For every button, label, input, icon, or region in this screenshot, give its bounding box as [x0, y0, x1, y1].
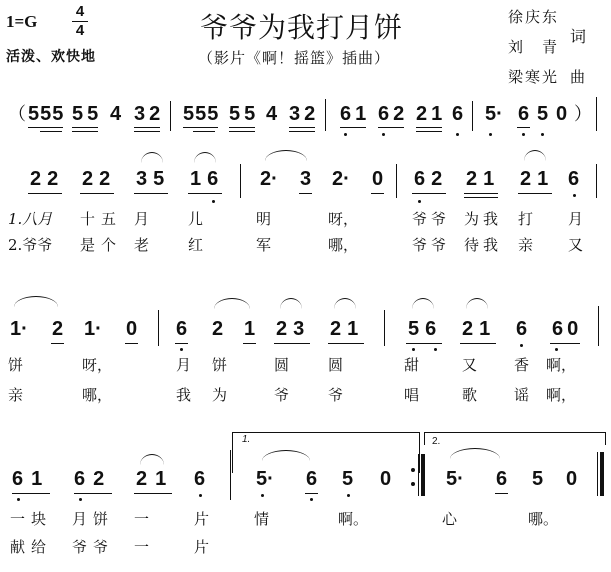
lyric: 明: [256, 208, 271, 229]
low-octave-dot: [79, 498, 82, 501]
underline: [134, 493, 172, 494]
underline: [495, 493, 508, 494]
underline: [125, 343, 138, 344]
note: 6: [516, 318, 527, 340]
lyric: 圆: [328, 354, 343, 375]
low-octave-dot: [573, 194, 576, 197]
lyric: 爷爷: [412, 234, 450, 255]
lyric: 是个: [80, 234, 122, 255]
lyric: 1.八月: [8, 208, 52, 229]
bar-line: [158, 310, 159, 346]
close-paren: ）: [574, 100, 592, 126]
note: 21: [416, 103, 446, 125]
bar-line: [396, 164, 397, 198]
low-octave-dot: [489, 133, 492, 136]
underline: [51, 343, 64, 344]
lyric: 老: [134, 234, 149, 255]
note: 22: [30, 168, 64, 190]
note: 555: [183, 103, 219, 125]
note: 21: [520, 168, 554, 190]
underline: [74, 493, 112, 494]
bar-line: [596, 164, 597, 198]
open-paren: （: [8, 100, 26, 126]
lyric: 为: [212, 384, 227, 405]
note: 0: [566, 468, 577, 490]
lyric: 打: [518, 208, 533, 229]
lyric: 爷: [274, 384, 289, 405]
underline: [134, 131, 160, 132]
slur: [14, 296, 58, 307]
bar-line: [598, 306, 599, 346]
lyric: 啊。: [338, 508, 368, 529]
lyric: 歌: [462, 384, 477, 405]
lyric: 爷: [328, 384, 343, 405]
note: 1·: [10, 318, 28, 340]
repeat-bar-thick: [421, 454, 425, 496]
underline: [289, 131, 315, 132]
note: 21: [136, 468, 174, 490]
lyric: 待我: [464, 234, 502, 255]
time-signature-bottom: 4: [72, 23, 88, 39]
note: 62: [378, 103, 408, 125]
note: 0: [372, 168, 383, 190]
repeat-bar-thin: [418, 454, 419, 496]
low-octave-dot: [347, 494, 350, 497]
lyric: 饼: [212, 354, 227, 375]
note: 21: [466, 168, 500, 190]
bar-line: [596, 97, 597, 131]
lyric: 2.爷爷: [8, 234, 52, 255]
underline: [193, 131, 215, 132]
lyric: 献给: [10, 536, 52, 557]
lyric: 情: [254, 508, 269, 529]
note: 60: [552, 318, 582, 340]
lyric: 又: [462, 354, 477, 375]
lyric: 又: [568, 234, 583, 255]
lyric: 一: [134, 508, 149, 529]
time-signature: 4 4: [72, 4, 88, 39]
note: 3: [300, 168, 311, 190]
bar-line: [325, 99, 326, 131]
note: 0: [556, 103, 567, 125]
lyric: 军: [256, 234, 271, 255]
intro-staff: （ 555 55 4 32 555 55 4 32 61 62 21 6 5· …: [0, 95, 611, 155]
low-octave-dot: [199, 494, 202, 497]
bar-line: [240, 164, 241, 198]
lyric: 月: [568, 208, 583, 229]
underline: [340, 127, 366, 128]
underline: [416, 131, 442, 132]
note: 62: [414, 168, 448, 190]
note: 2·: [332, 168, 350, 190]
slur: [466, 298, 488, 309]
underline: [28, 127, 63, 128]
underline: [80, 193, 114, 194]
note: 35: [136, 168, 170, 190]
slur: [140, 454, 164, 465]
volta-label-2: 2.: [432, 436, 440, 447]
lyric: 哪，: [82, 384, 112, 405]
low-octave-dot: [382, 133, 385, 136]
underline: [406, 343, 442, 344]
note: 55: [229, 103, 259, 125]
note: 555: [28, 103, 64, 125]
underline: [371, 193, 384, 194]
underline: [134, 127, 160, 128]
slur: [141, 152, 163, 163]
underline: [183, 127, 218, 128]
lyric: 啊，: [546, 354, 576, 375]
lyric: 月: [176, 354, 191, 375]
underline: [188, 193, 222, 194]
note: 6: [194, 468, 205, 490]
song-title: 爷爷为我打月饼: [200, 6, 403, 46]
note: 5·: [485, 103, 503, 125]
low-octave-dot: [17, 498, 20, 501]
lyric: 爷爷: [72, 536, 114, 557]
note: 2: [52, 318, 63, 340]
lyric: 呀，: [328, 208, 358, 229]
slur: [265, 150, 307, 161]
lyric: 饼: [8, 354, 23, 375]
lyric: 我: [176, 384, 191, 405]
lyric: 亲: [518, 234, 533, 255]
low-octave-dot: [434, 348, 437, 351]
underline: [464, 193, 498, 194]
lyric: 啊，: [546, 384, 576, 405]
slur: [194, 152, 216, 163]
bar-line: [230, 450, 231, 500]
underline: [229, 127, 255, 128]
note: 0: [380, 468, 391, 490]
note: 5·: [446, 468, 464, 490]
low-octave-dot: [522, 133, 525, 136]
low-octave-dot: [261, 494, 264, 497]
underline: [412, 193, 446, 194]
note: 6: [452, 103, 463, 125]
note: 56: [408, 318, 442, 340]
low-octave-dot: [180, 348, 183, 351]
low-octave-dot: [212, 200, 215, 203]
low-octave-dot: [412, 348, 415, 351]
lyric: 月: [134, 208, 149, 229]
song-subtitle: （影片《啊！摇篮》插曲）: [198, 47, 390, 68]
underline: [550, 343, 580, 344]
underline: [72, 127, 98, 128]
lyric: 哪，: [328, 234, 358, 255]
repeat-dot: [411, 468, 415, 472]
repeat-dot: [411, 482, 415, 486]
low-octave-dot: [344, 133, 347, 136]
lyric-role: 词: [570, 24, 588, 47]
lyric: 亲: [8, 384, 23, 405]
note: 62: [74, 468, 112, 490]
volta-label-1: 1.: [242, 434, 250, 445]
underline: [274, 343, 310, 344]
underline: [299, 193, 312, 194]
underline: [464, 197, 498, 198]
note: 5: [537, 103, 548, 125]
underline: [328, 343, 364, 344]
low-octave-dot: [520, 344, 523, 347]
low-octave-dot: [555, 348, 558, 351]
note: 5: [532, 468, 543, 490]
lyric: 一: [134, 536, 149, 557]
lyric: 月饼: [72, 508, 114, 529]
low-octave-dot: [418, 200, 421, 203]
staff-line-3: 1. 2. 61 62 21 6 5· 6 5 0 5· 6 5 0 一块 月饼…: [0, 426, 611, 572]
lyric: 哪。: [528, 508, 558, 529]
composer-role: 曲: [570, 66, 587, 87]
lyricist-1: 徐庆东: [508, 6, 559, 27]
lyric: 谣: [514, 384, 529, 405]
note: 4: [266, 103, 277, 125]
lyric: 圆: [274, 354, 289, 375]
lyricist-2: 刘 青: [508, 36, 559, 57]
low-octave-dot: [456, 133, 459, 136]
note: 16: [190, 168, 224, 190]
staff-line-2: 1· 2 1· 0 6 2 1 23 21 56 21 6 60 饼 呀， 月 …: [0, 292, 611, 412]
slur: [524, 150, 546, 161]
note: 5: [342, 468, 353, 490]
low-octave-dot: [541, 133, 544, 136]
composer-name: 梁寒光: [508, 66, 559, 87]
low-octave-dot: [310, 498, 313, 501]
lyric: 红: [188, 234, 203, 255]
time-signature-top: 4: [72, 4, 88, 20]
underline: [305, 493, 318, 494]
staff-line-1: 22 22 35 16 2· 3 2· 0 62 21 21 6 1.八月 十五…: [0, 150, 611, 270]
lyric: 十五: [80, 208, 122, 229]
underline: [40, 131, 62, 132]
lyric: 片: [194, 508, 209, 529]
bar-line: [170, 101, 171, 131]
lyric: 爷爷: [412, 208, 450, 229]
underline: [243, 343, 256, 344]
note: 6: [568, 168, 579, 190]
volta-bracket-2: [424, 432, 606, 445]
underline: [175, 343, 188, 344]
lyric: 片: [194, 536, 209, 557]
note: 61: [12, 468, 50, 490]
slur: [280, 298, 302, 309]
lyric: 儿: [188, 208, 203, 229]
underline: [134, 193, 168, 194]
note: 4: [110, 103, 121, 125]
note: 6: [176, 318, 187, 340]
slur: [334, 298, 356, 309]
underline: [28, 193, 62, 194]
note: 61: [340, 103, 370, 125]
lyric: 唱: [404, 384, 419, 405]
note: 32: [134, 103, 164, 125]
note: 6: [306, 468, 317, 490]
note: 23: [276, 318, 310, 340]
lyric: 为我: [464, 208, 502, 229]
bar-line: [384, 310, 385, 346]
note: 6: [518, 103, 529, 125]
underline: [517, 127, 530, 128]
lyric: 香: [514, 354, 529, 375]
note: 0: [126, 318, 137, 340]
bar-line: [472, 101, 473, 131]
slur: [450, 448, 500, 459]
note: 5·: [256, 468, 274, 490]
note: 6: [496, 468, 507, 490]
note: 2: [212, 318, 223, 340]
volta-bracket-1: [232, 432, 420, 473]
slur: [214, 298, 250, 309]
note: 2·: [260, 168, 278, 190]
note: 55: [72, 103, 102, 125]
underline: [416, 127, 442, 128]
lyric: 心: [442, 508, 457, 529]
note: 22: [82, 168, 116, 190]
slur: [412, 298, 434, 309]
underline: [289, 127, 315, 128]
end-bar-thick: [600, 452, 604, 496]
underline: [229, 131, 255, 132]
lyric: 呀，: [82, 354, 112, 375]
key-signature: 1=G: [6, 12, 37, 32]
note: 21: [462, 318, 496, 340]
underline: [12, 493, 50, 494]
underline: [72, 131, 98, 132]
lyric: 一块: [10, 508, 52, 529]
tempo-marking: 活泼、欢快地: [6, 46, 96, 66]
underline: [518, 193, 552, 194]
note: 1·: [84, 318, 102, 340]
note: 21: [330, 318, 364, 340]
underline: [460, 343, 496, 344]
lyric: 甜: [404, 354, 419, 375]
note: 32: [289, 103, 319, 125]
note: 1: [244, 318, 255, 340]
end-bar-thin: [597, 452, 598, 496]
underline: [378, 127, 404, 128]
